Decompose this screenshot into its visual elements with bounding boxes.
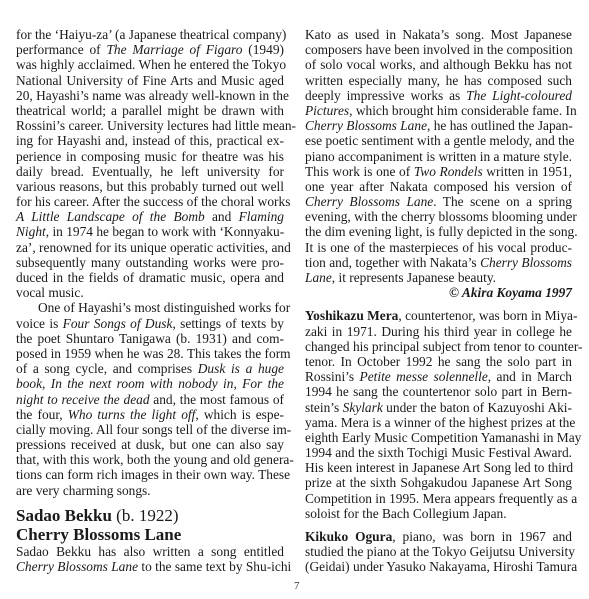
text-line: One of Hayashi’s most distinguished work… (16, 300, 284, 315)
text-line: evening, with the cherry blossoms bloomi… (305, 209, 572, 224)
section-heading-composer: Sadao Bekku (b. 1922) (16, 506, 284, 525)
italic-title: Cherry Blossoms Lane (305, 118, 427, 133)
text-line: studied the piano at the Tokyo Geijutsu … (305, 544, 572, 559)
italic-title: Petite messe solennelle (360, 369, 488, 384)
text-line: duced in the fields of dramatic music, o… (16, 270, 284, 285)
text-line: Rossini’s career. University lectures ha… (16, 118, 284, 133)
section-gap (305, 300, 572, 308)
text-line: pressions received at dusk, but one can … (16, 437, 284, 452)
italic-title: The Marriage of Figaro (106, 42, 242, 57)
person-name: Kikuko Ogura (305, 529, 392, 544)
italic-title: Skylark (343, 400, 383, 415)
italic-title: Four Songs of Dusk (63, 316, 173, 331)
text-line: Kikuko Ogura, piano, was born in 1967 an… (305, 529, 572, 544)
paragraph-four-songs-of-dusk: One of Hayashi’s most distinguished work… (16, 300, 284, 497)
text-line: prize at the sixth Sohgakudou Japanese A… (305, 475, 572, 490)
italic-title: night to receive the dead (16, 392, 150, 407)
composer-dates: (b. 1922) (116, 506, 178, 525)
text-line: Pictures, which brought him considerable… (305, 103, 572, 118)
text-line: are very charming songs. (16, 483, 284, 498)
text-line: one year after Nakata composed his versi… (305, 179, 572, 194)
text-line: yama. Mera is a winner of the highest pr… (305, 415, 572, 430)
text-line: the four, Who turns the light off, which… (16, 407, 284, 422)
section-gap (305, 521, 572, 529)
text-line: Cherry Blossoms Lane. The scene on a spr… (305, 194, 572, 209)
text-line: (Geidai) under Yasuko Nakayama, Hiroshi … (305, 559, 572, 574)
composer-name: Sadao Bekku (16, 506, 112, 525)
text-line: Sadao Bekku has also written a song enti… (16, 544, 284, 559)
text-line: za’, renowned for its unique operatic ac… (16, 240, 284, 255)
text-line: of solo vocal works, and although Bekku … (305, 57, 572, 72)
italic-title: For the (242, 376, 284, 391)
author-signature: © Akira Koyama 1997 (305, 285, 572, 300)
text-line: cially moving. All four songs tell of th… (16, 422, 284, 437)
text-line: tion and, together with Nakata’s Cherry … (305, 255, 572, 270)
text-line: It is one of the masterpieces of his voc… (305, 240, 572, 255)
text-line: for his career. After the success of the… (16, 194, 284, 209)
text-line: Night, in 1974 he began to work with ‘Ko… (16, 224, 284, 239)
text-line: was highly acclaimed. When he entered th… (16, 57, 284, 72)
paragraph-bekku-intro: Sadao Bekku has also written a song enti… (16, 544, 284, 574)
text-line: changed his principal subject from tenor… (305, 339, 572, 354)
text-line: 1994 he sang the countertenor solo part … (305, 384, 572, 399)
text-line: posed in 1959 when he was 28. This takes… (16, 346, 284, 361)
italic-title: Dusk is a huge (198, 361, 284, 376)
text-line: ing for Hayashi and, instead of this, pr… (16, 133, 284, 148)
text-line: vocal music. (16, 285, 284, 300)
text-line: Rossini’s Petite messe solennelle, and i… (305, 369, 572, 384)
italic-title: In the next room with nobody in (51, 376, 234, 391)
text-line: night to receive the dead and, the most … (16, 392, 284, 407)
bio-yoshikazu-mera: Yoshikazu Mera, countertenor, was born i… (305, 308, 572, 521)
italic-title: Cherry Blossoms Lane (305, 194, 433, 209)
text-line: theatrical world; a parallel might be dr… (16, 103, 284, 118)
italic-title: Who turns the light off (68, 407, 196, 422)
text-line: perience in composing music for theatre … (16, 149, 284, 164)
text-line: various reasons, but this probably turne… (16, 179, 284, 194)
italic-title: Cherry Blossoms (480, 255, 572, 270)
text-line: His keen interest in Japanese Art Song l… (305, 460, 572, 475)
text-line: composers have been involved in the comp… (305, 42, 572, 57)
text-line: written especially many, he has composed… (305, 73, 572, 88)
italic-title: Cherry Blossoms Lane (16, 559, 138, 574)
text-line: 20, Hayashi’s name was already well-know… (16, 88, 284, 103)
text-line: National University of Fine Arts and Mus… (16, 73, 284, 88)
italic-title: book (16, 376, 42, 391)
text-line: stein’s Skylark under the baton of Kazuy… (305, 400, 572, 415)
text-line: piano accompaniment is written in a matu… (305, 149, 572, 164)
text-line: ese poetic sentiment with a gentle melod… (305, 133, 572, 148)
section-heading-work-title: Cherry Blossoms Lane (16, 525, 284, 544)
text-line: Cherry Blossoms Lane to the same text by… (16, 559, 284, 574)
italic-title: Night (16, 224, 46, 239)
text-line: soloist for the Bach Collegium Japan. (305, 506, 572, 521)
text-line: eighth Early Music Competition Yamanashi… (305, 430, 572, 445)
italic-title: Lane (305, 270, 332, 285)
bio-kikuko-ogura: Kikuko Ogura, piano, was born in 1967 an… (305, 529, 572, 575)
italic-title: Pictures (305, 103, 349, 118)
text-line: voice is Four Songs of Dusk, settings of… (16, 316, 284, 331)
text-line: Competition in 1995. Mera appears freque… (305, 491, 572, 506)
text-line: deeply impressive works as The Light-col… (305, 88, 572, 103)
italic-title: The Light-coloured (466, 88, 572, 103)
section-gap (16, 498, 284, 506)
paragraph-cherry-blossoms-lane: Kato as used in Nakata’s song. Most Japa… (305, 27, 572, 285)
text-line: zaki in 1971. During his third year in c… (305, 324, 572, 339)
text-line: the poet Shuntaro Tanigawa (b. 1931) and… (16, 331, 284, 346)
italic-title: A Little Landscape of the Bomb (16, 209, 205, 224)
text-line: daily bread. Eventually, he left univers… (16, 164, 284, 179)
page-number: 7 (294, 580, 300, 592)
text-line: Cherry Blossoms Lane, he has outlined th… (305, 118, 572, 133)
person-name: Yoshikazu Mera (305, 308, 398, 323)
text-line: Kato as used in Nakata’s song. Most Japa… (305, 27, 572, 42)
paragraph-hayashi-career: for the ‘Haiyu-za’ (a Japanese theatrica… (16, 27, 284, 300)
text-line: Lane, it represents Japanese beauty. (305, 270, 572, 285)
text-line: subsequently many outstanding works were… (16, 255, 284, 270)
italic-title: Flaming (239, 209, 284, 224)
text-line: of a song cycle, and comprises Dusk is a… (16, 361, 284, 376)
text-line: tions can form rich images in their own … (16, 467, 284, 482)
text-line: performance of The Marriage of Figaro (1… (16, 42, 284, 57)
text-line: A Little Landscape of the Bomb and Flami… (16, 209, 284, 224)
text-line: This work is one of Two Rondels written … (305, 164, 572, 179)
right-column: Kato as used in Nakata’s song. Most Japa… (305, 27, 572, 575)
text-line: the dim evening light, is fully depicted… (305, 224, 572, 239)
italic-title: Two Rondels (414, 164, 483, 179)
left-column: for the ‘Haiyu-za’ (a Japanese theatrica… (16, 27, 284, 574)
text-line: tenor. In October 1992 he sang the solo … (305, 354, 572, 369)
text-line: for the ‘Haiyu-za’ (a Japanese theatrica… (16, 27, 284, 42)
text-line: Yoshikazu Mera, countertenor, was born i… (305, 308, 572, 323)
text-line: 1994 and the sixth Tochigi Music Festiva… (305, 445, 572, 460)
text-line: book, In the next room with nobody in, F… (16, 376, 284, 391)
text-line: that, with this work, both the young and… (16, 452, 284, 467)
